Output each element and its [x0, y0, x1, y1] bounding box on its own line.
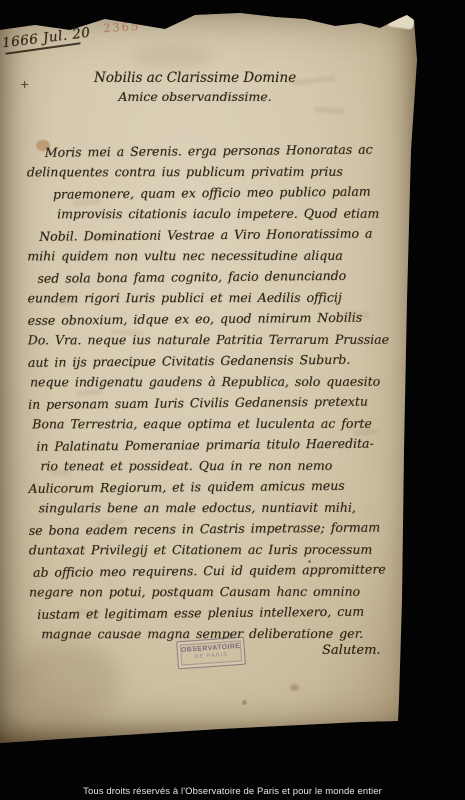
shadow-blotch [10, 642, 120, 722]
manuscript-photo-page: { "photo": { "caption": "Tous droits rés… [0, 0, 465, 800]
manuscript-line: sed sola bona fama cognito, facio denunc… [37, 264, 409, 289]
salutation-line-2: Amice observandissime. [70, 89, 320, 104]
manuscript-line: se bona eadem recens in Castris impetras… [29, 516, 411, 541]
manuscript-line: iustam et legitimam esse plenius intelle… [37, 600, 411, 625]
manuscript-line: duntaxat Privilegij et Citationem ac Iur… [29, 539, 411, 561]
manuscript-line: Aulicorum Regiorum, et is quidem amicus … [28, 474, 410, 499]
manuscript-line: aut in ijs praecipue Civitatis Gedanensi… [28, 348, 410, 373]
archive-number: 2365 [103, 19, 141, 36]
manuscript-line: in Palatinatu Pomeraniae primaria titulo… [36, 432, 410, 457]
manuscript-line: neque indigenatu gaudens à Republica, so… [30, 371, 410, 393]
manuscript-line: in personam suam Iuris Civilis Gedanensi… [28, 390, 410, 415]
cross-mark: + [20, 78, 29, 91]
shadow-blotch [132, 46, 212, 68]
manuscript-line: Moris mei a Serenis. erga personas Honor… [45, 138, 409, 162]
manuscript-line: Do. Vra. neque ius naturale Patritia Ter… [28, 329, 410, 351]
observatory-stamp: OBSERVATOIRE DE PARIS [176, 637, 246, 670]
foxing-spot [290, 684, 299, 691]
manuscript-line: Bona Terrestria, eaque optima et luculen… [32, 413, 410, 435]
paper-corner-fold [387, 12, 415, 29]
manuscript-line: negare non potui, postquam Causam hanc o… [29, 581, 411, 603]
manuscript-line: esse obnoxium, idque ex eo, quod nimirum… [28, 306, 410, 331]
manuscript-line: praemonere, quam ex officio meo publico … [53, 180, 409, 204]
manuscript-line: delinquentes contra ius publicum privati… [27, 161, 409, 183]
manuscript-line: rio teneat et possideat. Qua in re non n… [40, 455, 410, 477]
foxing-spot [242, 700, 247, 705]
letter-closing: Salutem. [322, 643, 381, 658]
salutation-line-1: Nobilis ac Clarissime Domine [70, 70, 320, 86]
manuscript-line: singularis bene an male edoctus, nuntiav… [39, 497, 411, 519]
salutation: Nobilis ac Clarissime Domine Amice obser… [70, 70, 320, 104]
manuscript-line: mihi quidem non vultu nec necessitudine … [27, 245, 409, 267]
manuscript-paper: 1666 Jul. 20 2365 + Nobilis ac Clarissim… [0, 12, 420, 746]
manuscript-line: improvisis citationis iaculo impetere. Q… [57, 203, 409, 225]
letter-body: Moris mei a Serenis. erga personas Honor… [27, 139, 412, 645]
date-annotation: 1666 Jul. 20 [1, 25, 91, 54]
copyright-caption: Tous droits réservés à l'Observatoire de… [0, 786, 465, 797]
manuscript-line: ab officio meo requirens. Cui id quidem … [33, 558, 411, 583]
showthrough-mark [314, 107, 344, 114]
manuscript-line: eundem rigori Iuris publici et mei Aedil… [27, 287, 409, 309]
manuscript-line: Nobil. Dominationi Vestrae a Viro Honora… [39, 222, 409, 247]
